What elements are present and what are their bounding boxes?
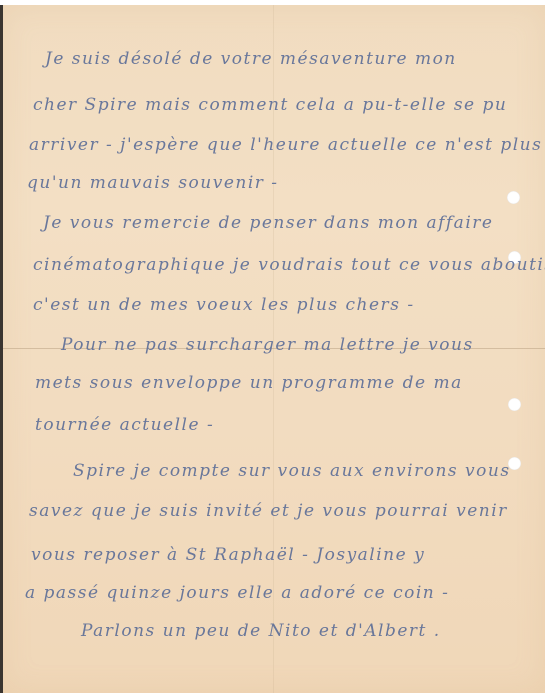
letter-line-5: Je vous remercie de penser dans mon affa… bbox=[43, 213, 493, 233]
letter-line-8: Pour ne pas surcharger ma lettre je vous bbox=[61, 335, 474, 355]
letter-line-12: savez que je suis invité et je vous pour… bbox=[29, 501, 508, 521]
letter-line-1: Je suis désolé de votre mésaventure mon bbox=[45, 49, 457, 69]
letter-line-7: c'est un de mes voeux les plus chers - bbox=[33, 295, 415, 315]
letter-line-3: arriver - j'espère que l'heure actuelle … bbox=[29, 135, 542, 155]
scan-bottom-margin bbox=[0, 693, 545, 700]
letter-line-11: Spire je compte sur vous aux environs vo… bbox=[73, 461, 511, 481]
letter-line-15: Parlons un peu de Nito et d'Albert . bbox=[81, 621, 441, 641]
letter-line-4: qu'un mauvais souvenir - bbox=[27, 173, 279, 193]
punch-hole-3 bbox=[508, 398, 521, 411]
letter-line-10: tournée actuelle - bbox=[35, 415, 214, 435]
punch-hole-1 bbox=[507, 191, 520, 204]
letter-line-13: vous reposer à St Raphaël - Josyaline y bbox=[31, 545, 425, 565]
letter-line-9: mets sous enveloppe un programme de ma bbox=[35, 373, 463, 393]
letter-line-6: cinématographique je voudrais tout ce vo… bbox=[33, 255, 545, 275]
scanned-letter: Je suis désolé de votre mésaventure mon … bbox=[0, 0, 545, 700]
letter-page: Je suis désolé de votre mésaventure mon … bbox=[3, 5, 545, 693]
letter-line-2: cher Spire mais comment cela a pu-t-elle… bbox=[33, 95, 507, 115]
letter-line-14: a passé quinze jours elle a adoré ce coi… bbox=[25, 583, 449, 603]
